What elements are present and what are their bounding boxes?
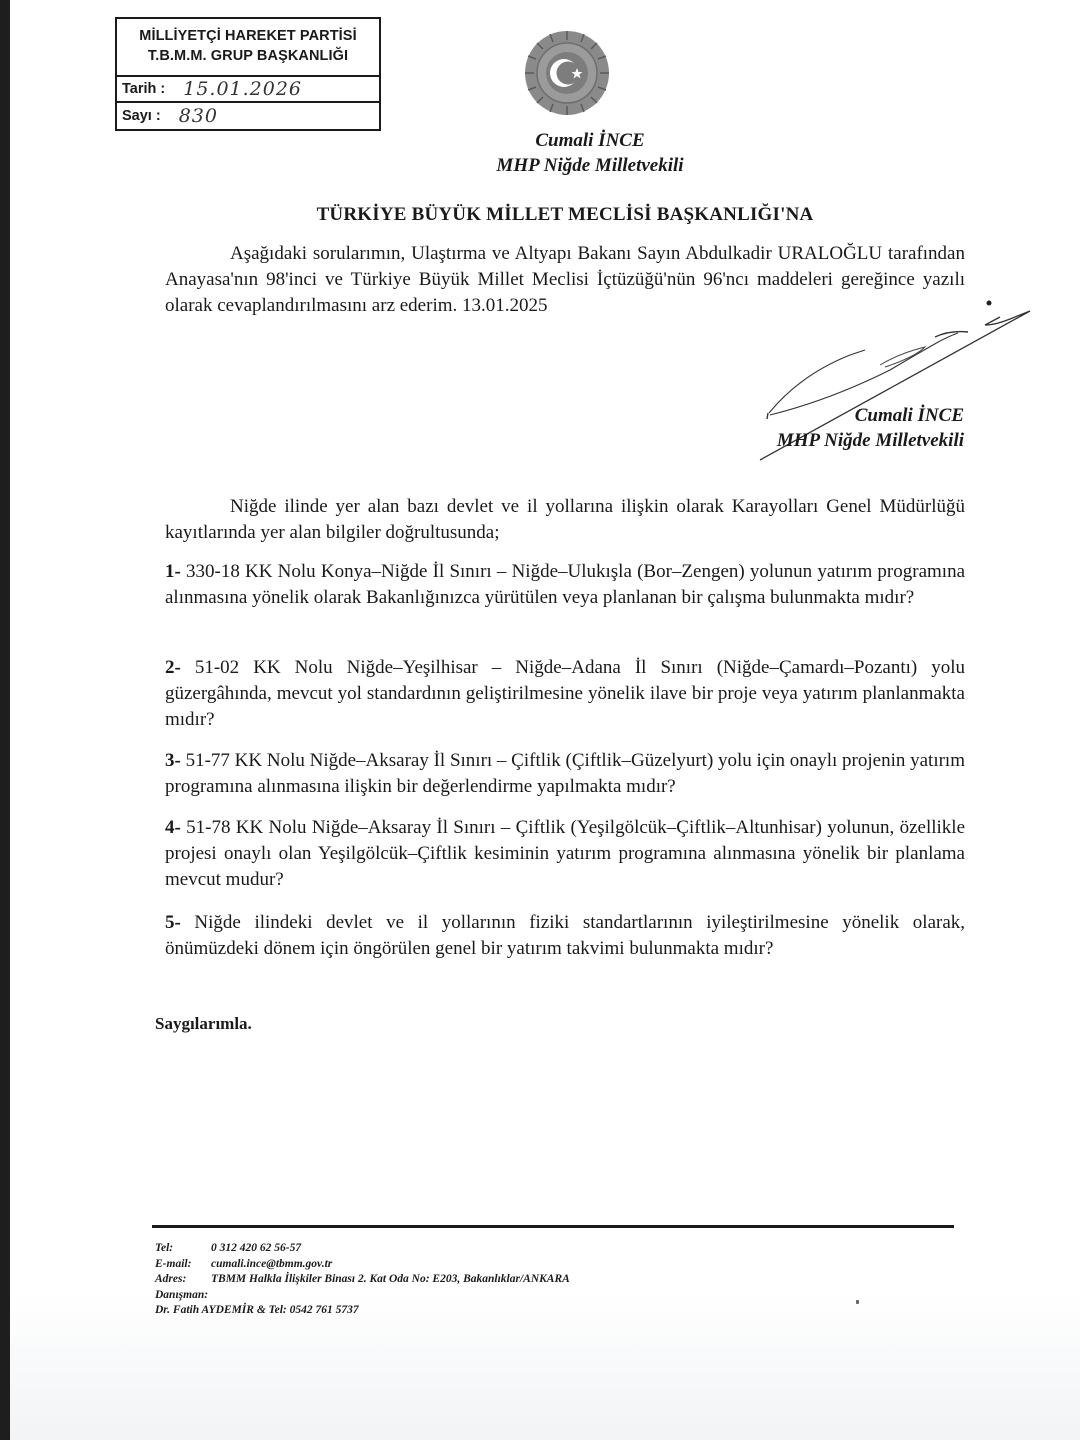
footer-tel-value: 0 312 420 62 56-57: [211, 1241, 301, 1257]
footer-advisor-label-row: Danışman:: [155, 1288, 570, 1304]
stamp-group-name: T.B.M.M. GRUP BAŞKANLIĞI: [117, 46, 379, 66]
footer-divider: [152, 1225, 954, 1228]
scan-speck: [856, 1300, 859, 1304]
question-number: 5-: [165, 912, 181, 933]
document-title: TÜRKİYE BÜYÜK MİLLET MECLİSİ BAŞKANLIĞI'…: [150, 204, 980, 226]
stamp-header: MİLLİYETÇİ HAREKET PARTİSİ T.B.M.M. GRUP…: [117, 19, 379, 77]
closing-salutation: Saygılarımla.: [155, 1014, 252, 1034]
header-mp-role: MHP Niğde Milletvekili: [440, 155, 740, 177]
footer-tel-label: Tel:: [155, 1241, 211, 1257]
footer-advisor-row: Dr. Fatih AYDEMİR & Tel: 0542 761 5737: [155, 1303, 570, 1319]
question-text: Niğde ilindeki devlet ve il yollarının f…: [165, 912, 965, 959]
question-item: 2- 51-02 KK Nolu Niğde–Yeşilhisar – Niğd…: [165, 655, 965, 733]
question-item: 1- 330-18 KK Nolu Konya–Niğde İl Sınırı …: [165, 559, 965, 611]
footer-tel-row: Tel: 0 312 420 62 56-57: [155, 1241, 570, 1257]
stamp-number-label: Sayı :: [122, 108, 161, 124]
scan-left-border: [0, 0, 10, 1440]
registry-stamp: MİLLİYETÇİ HAREKET PARTİSİ T.B.M.M. GRUP…: [115, 17, 381, 131]
body-intro-paragraph: Niğde ilinde yer alan bazı devlet ve il …: [165, 494, 965, 546]
header-mp-name: Cumali İNCE: [440, 130, 740, 152]
footer-advisor-value: Dr. Fatih AYDEMİR & Tel: 0542 761 5737: [155, 1303, 359, 1319]
question-text: 51-78 KK Nolu Niğde–Aksaray İl Sınırı – …: [165, 817, 965, 890]
signature-name: Cumali İNCE: [855, 405, 964, 427]
footer-email-row: E-mail: cumali.ince@tbmm.gov.tr: [155, 1257, 570, 1273]
stamp-date-value: 15.01.2026: [183, 78, 302, 100]
footer-advisor-label: Danışman:: [155, 1288, 208, 1304]
stamp-date-label: Tarih :: [122, 81, 165, 97]
question-item: 5- Niğde ilindeki devlet ve il yollarını…: [165, 910, 965, 962]
question-item: 4- 51-78 KK Nolu Niğde–Aksaray İl Sınırı…: [165, 815, 965, 893]
question-text: 330-18 KK Nolu Konya–Niğde İl Sınırı – N…: [165, 561, 965, 608]
footer-address-row: Adres: TBMM Halkla İlişkiler Binası 2. K…: [155, 1272, 570, 1288]
footer-address-label: Adres:: [155, 1272, 211, 1288]
question-text: 51-77 KK Nolu Niğde–Aksaray İl Sınırı – …: [165, 750, 965, 797]
stamp-number-row: Sayı : 830: [117, 103, 379, 129]
contact-footer: Tel: 0 312 420 62 56-57 E-mail: cumali.i…: [155, 1241, 570, 1319]
question-number: 1-: [165, 561, 181, 582]
stamp-number-value: 830: [179, 105, 218, 127]
question-text: 51-02 KK Nolu Niğde–Yeşilhisar – Niğde–A…: [165, 657, 965, 730]
footer-email-value[interactable]: cumali.ince@tbmm.gov.tr: [211, 1257, 332, 1273]
question-number: 2-: [165, 657, 181, 678]
stamp-party-name: MİLLİYETÇİ HAREKET PARTİSİ: [117, 26, 379, 46]
footer-email-label: E-mail:: [155, 1257, 211, 1273]
question-number: 4-: [165, 817, 181, 838]
question-item: 3- 51-77 KK Nolu Niğde–Aksaray İl Sınırı…: [165, 748, 965, 800]
question-number: 3-: [165, 750, 181, 771]
signature-role: MHP Niğde Milletvekili: [777, 430, 964, 452]
footer-address-value: TBMM Halkla İlişkiler Binası 2. Kat Oda …: [211, 1272, 570, 1288]
tbmm-emblem-icon: [524, 30, 610, 116]
stamp-date-row: Tarih : 15.01.2026: [117, 77, 379, 103]
